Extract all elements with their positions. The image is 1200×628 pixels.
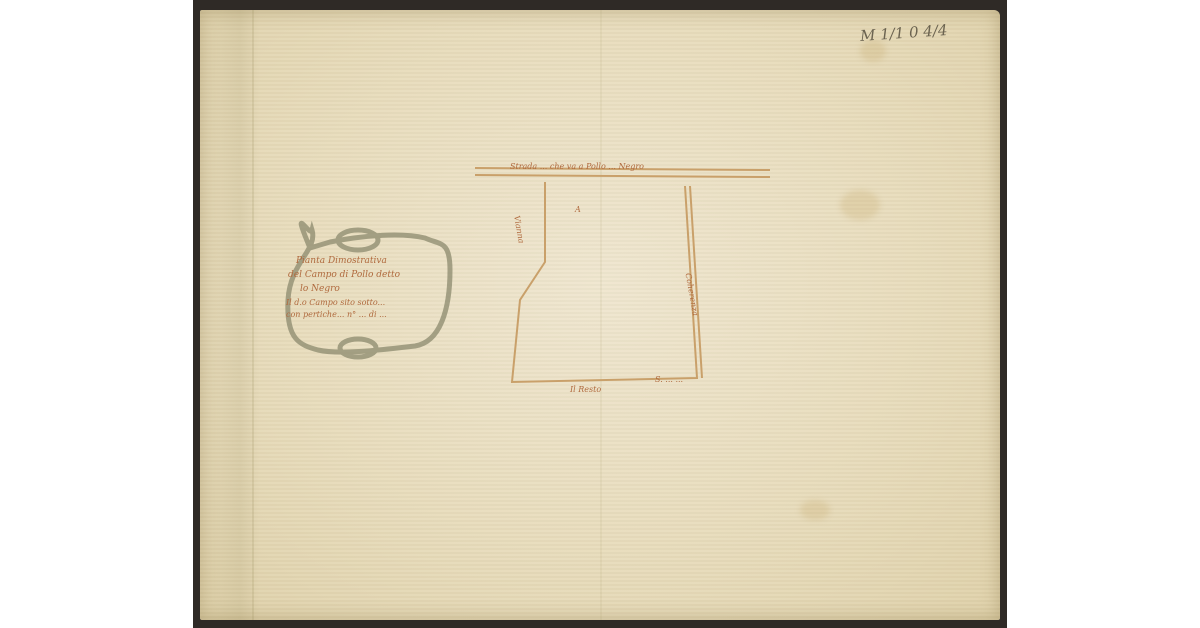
inner-mark: A xyxy=(575,205,581,214)
manuscript-sheet: M 1/1 0 4/4 Pianta Dimostrativa del Camp… xyxy=(200,10,1000,620)
top-road-label: Strada ... che va a Pollo ... Negro xyxy=(510,162,644,171)
bottom-right-corner-label: S. ... ... xyxy=(655,375,683,384)
cartouche-line-2: del Campo di Pollo detto xyxy=(288,270,400,280)
cartouche-line-4: Il d.o Campo sito sotto... xyxy=(286,298,385,307)
cartouche-line-1: Pianta Dimostrativa xyxy=(296,256,387,266)
plot-boundary xyxy=(512,182,697,382)
cartouche-line-3: lo Negro xyxy=(300,284,340,294)
cartouche-line-5: con pertiche... n° ... di ... xyxy=(286,310,387,319)
bottom-side-label: Il Resto xyxy=(570,385,601,394)
